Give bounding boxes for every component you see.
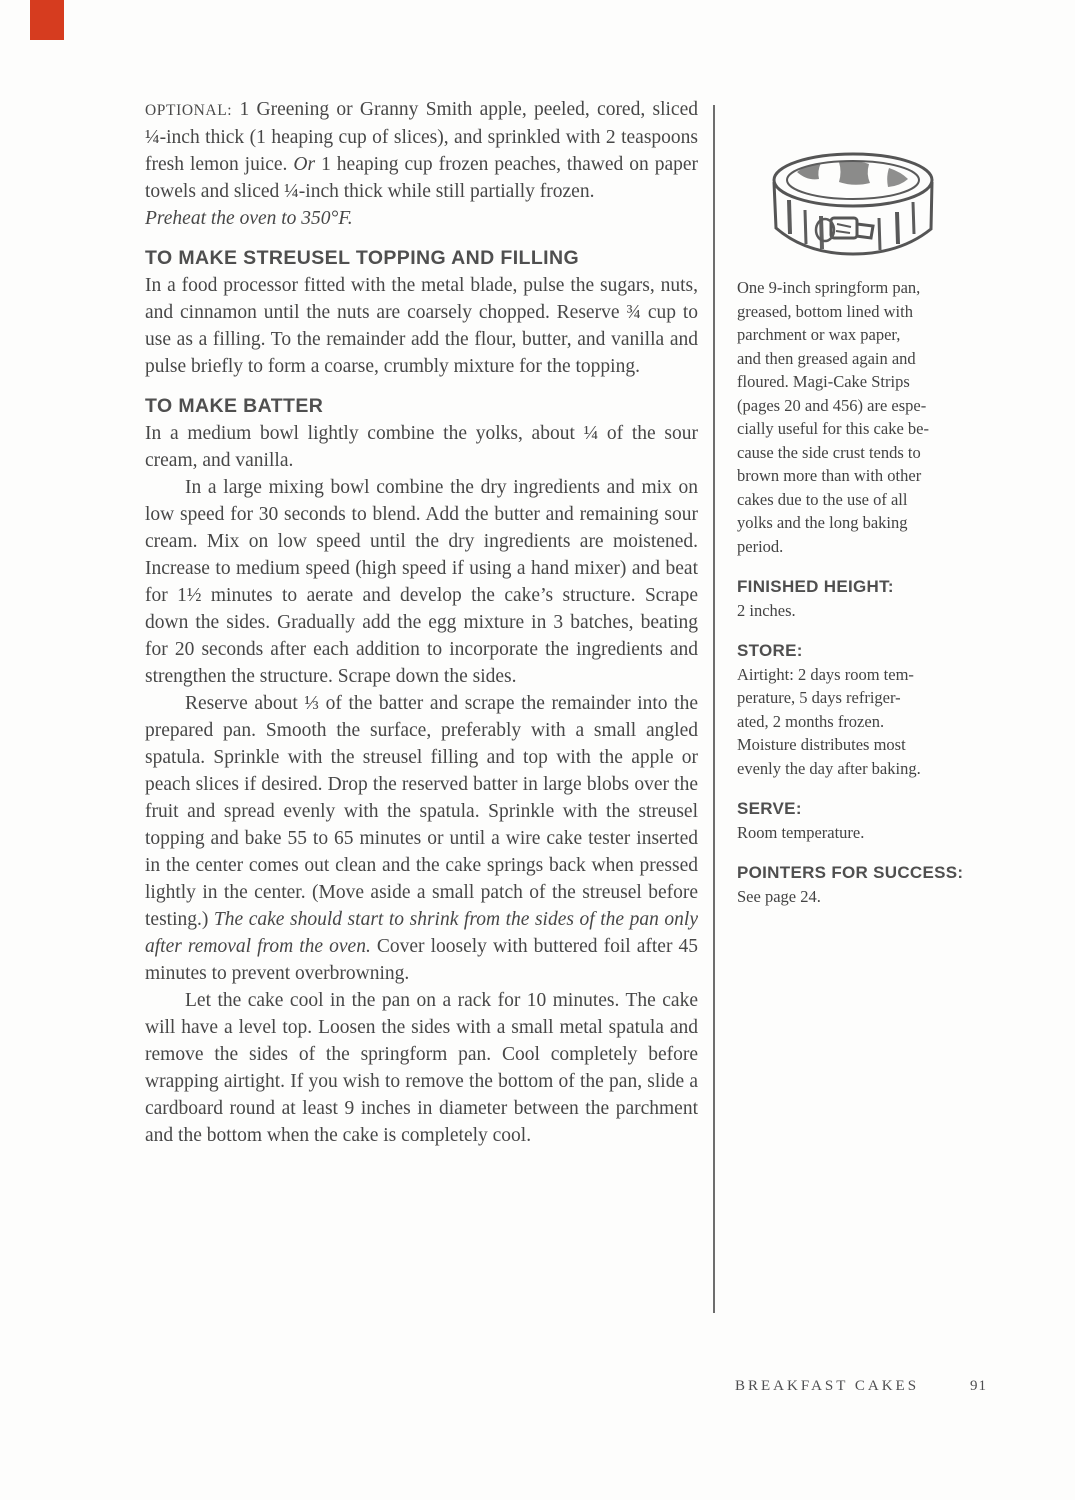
pan-note-line: floured. Magi-Cake Strips xyxy=(737,370,991,394)
pointers-heading: POINTERS FOR SUCCESS: xyxy=(737,861,991,885)
pan-note-line: cially useful for this cake be- xyxy=(737,417,991,441)
springform-pan-illustration xyxy=(761,146,946,264)
optional-paragraph: OPTIONAL: 1 Greening or Granny Smith app… xyxy=(145,96,698,205)
pan-note-line: brown more than with other xyxy=(737,464,991,488)
serve-value: Room temperature. xyxy=(737,821,991,845)
optional-label: OPTIONAL: xyxy=(145,102,232,119)
pan-note-line: parchment or wax paper, xyxy=(737,323,991,347)
pan-note-line: yolks and the long baking xyxy=(737,511,991,535)
running-footer: BREAKFAST CAKES 91 xyxy=(735,1378,987,1395)
pan-note-line: greased, bottom lined with xyxy=(737,300,991,324)
batter-paragraph-2: In a large mixing bowl combine the dry i… xyxy=(145,474,698,690)
batter-paragraph-3: Reserve about ⅓ of the batter and scrape… xyxy=(145,690,698,987)
pan-note-line: and then greased again and xyxy=(737,347,991,371)
batter-paragraph-4: Let the cake cool in the pan on a rack f… xyxy=(145,987,698,1149)
sidebar-column: One 9-inch springform pan,greased, botto… xyxy=(737,140,991,908)
pan-note-line: cause the side crust tends to xyxy=(737,441,991,465)
serve-heading: SERVE: xyxy=(737,797,991,821)
store-note-line: perature, 5 days refriger- xyxy=(737,686,991,710)
batter-section-heading: TO MAKE BATTER xyxy=(145,393,698,420)
footer-page-number: 91 xyxy=(970,1378,987,1395)
finished-height-heading: FINISHED HEIGHT: xyxy=(737,575,991,599)
store-note: Airtight: 2 days room tem-perature, 5 da… xyxy=(737,663,991,781)
footer-section-title: BREAKFAST CAKES xyxy=(735,1378,919,1395)
book-page: OPTIONAL: 1 Greening or Granny Smith app… xyxy=(0,0,1075,1500)
store-note-line: Moisture distributes most xyxy=(737,733,991,757)
batter-p3-text: Reserve about ⅓ of the batter and scrape… xyxy=(145,693,698,930)
pan-note-line: cakes due to the use of all xyxy=(737,488,991,512)
streusel-section-heading: TO MAKE STREUSEL TOPPING AND FILLING xyxy=(145,245,698,272)
store-note-line: ated, 2 months frozen. xyxy=(737,710,991,734)
red-corner-mark xyxy=(30,0,64,40)
store-heading: STORE: xyxy=(737,639,991,663)
pan-note-line: period. xyxy=(737,535,991,559)
preheat-line: Preheat the oven to 350°F. xyxy=(145,205,698,232)
pointers-value: See page 24. xyxy=(737,885,991,909)
main-text-column: OPTIONAL: 1 Greening or Granny Smith app… xyxy=(145,96,698,1149)
store-note-line: evenly the day after baking. xyxy=(737,757,991,781)
store-note-line: Airtight: 2 days room tem- xyxy=(737,663,991,687)
finished-height-value: 2 inches. xyxy=(737,599,991,623)
pan-note: One 9-inch springform pan,greased, botto… xyxy=(737,276,991,558)
pan-note-line: One 9-inch springform pan, xyxy=(737,276,991,300)
optional-or-italic: Or xyxy=(293,154,315,175)
batter-paragraph-1: In a medium bowl lightly combine the yol… xyxy=(145,420,698,474)
streusel-paragraph: In a food processor fitted with the meta… xyxy=(145,272,698,380)
pan-note-line: (pages 20 and 456) are espe- xyxy=(737,394,991,418)
column-divider-rule xyxy=(713,105,715,1313)
